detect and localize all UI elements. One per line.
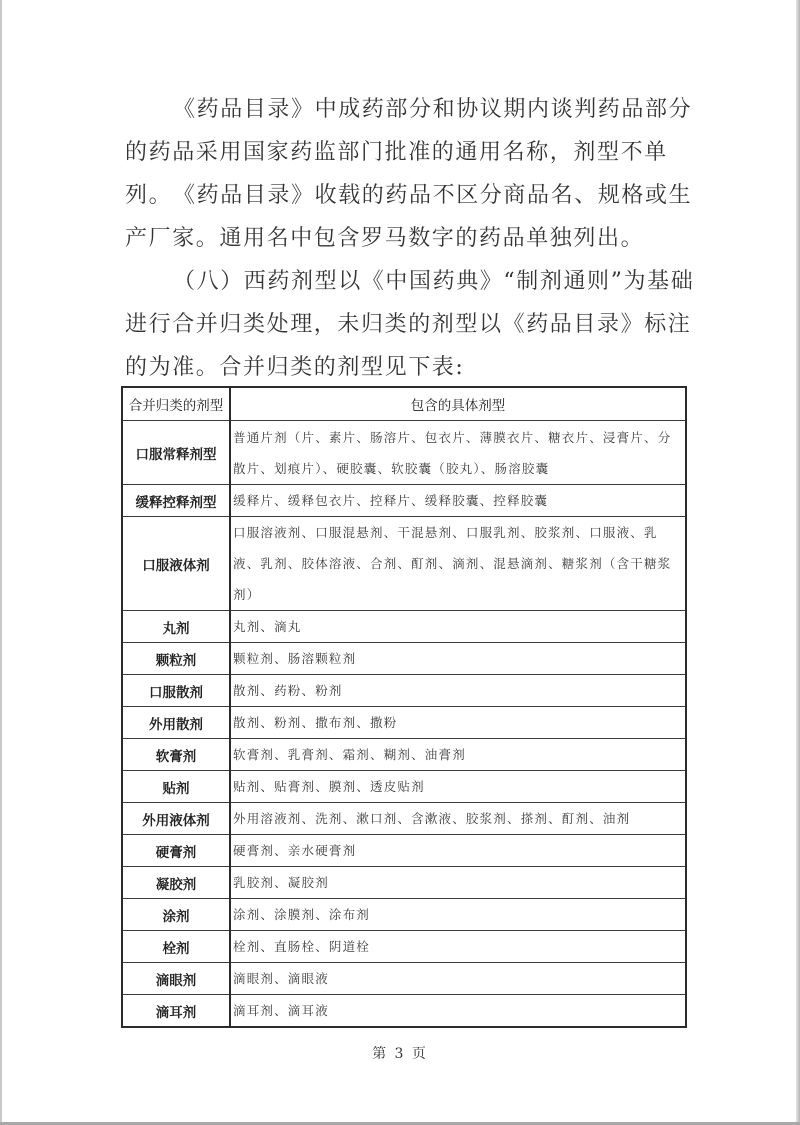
table-row: 滴眼剂 滴眼剂、滴眼液	[122, 963, 686, 995]
dosage-form-table: 合并归类的剂型 包含的具体剂型 口服常释剂型 普通片剂（片、素片、肠溶片、包衣片…	[121, 386, 687, 1028]
row-category: 栓剂	[122, 931, 230, 963]
row-category: 丸剂	[122, 611, 230, 643]
row-forms: 乳胶剂、凝胶剂	[230, 867, 686, 899]
table-row: 贴剂 贴剂、贴膏剂、膜剂、透皮贴剂	[122, 771, 686, 803]
row-category: 软膏剂	[122, 739, 230, 771]
table-row: 外用散剂 散剂、粉剂、撒布剂、撒粉	[122, 707, 686, 739]
page-edge-shadow-left	[0, 0, 2, 1125]
page-edge-shadow-right	[796, 0, 800, 1125]
table-row: 滴耳剂 滴耳剂、滴耳液	[122, 995, 686, 1028]
row-forms: 涂剂、涂膜剂、涂布剂	[230, 899, 686, 931]
row-category: 凝胶剂	[122, 867, 230, 899]
row-category: 口服液体剂	[122, 517, 230, 611]
table-row: 凝胶剂 乳胶剂、凝胶剂	[122, 867, 686, 899]
row-category: 滴耳剂	[122, 995, 230, 1028]
row-forms: 滴眼剂、滴眼液	[230, 963, 686, 995]
row-forms: 丸剂、滴丸	[230, 611, 686, 643]
paragraph-no-brand-distinction: 《药品目录》收载的药品不区分商品名、规格或生产厂家。通用名中包含罗马数字的药品单…	[125, 174, 695, 260]
row-category: 贴剂	[122, 771, 230, 803]
row-category: 缓释控释剂型	[122, 485, 230, 517]
table-row: 口服液体剂 口服溶液剂、口服混悬剂、干混悬剂、口服乳剂、胶浆剂、口服液、乳液、乳…	[122, 517, 686, 611]
row-category: 滴眼剂	[122, 963, 230, 995]
row-forms: 颗粒剂、肠溶颗粒剂	[230, 643, 686, 675]
row-forms: 栓剂、直肠栓、阴道栓	[230, 931, 686, 963]
table-row: 硬膏剂 硬膏剂、亲水硬膏剂	[122, 835, 686, 867]
table-row: 外用液体剂 外用溶液剂、洗剂、漱口剂、含漱液、胶浆剂、搽剂、酊剂、油剂	[122, 803, 686, 835]
table-row: 口服常释剂型 普通片剂（片、素片、肠溶片、包衣片、薄膜衣片、糖衣片、浸膏片、分散…	[122, 421, 686, 485]
paragraph-text: 《药品目录》收载的药品不区分商品名、规格或生产厂家。通用名中包含罗马数字的药品单…	[125, 183, 692, 251]
table-row: 缓释控释剂型 缓释片、缓释包衣片、控释片、缓释胶囊、控释胶囊	[122, 485, 686, 517]
row-forms: 硬膏剂、亲水硬膏剂	[230, 835, 686, 867]
table-row: 口服散剂 散剂、药粉、粉剂	[122, 675, 686, 707]
row-forms: 缓释片、缓释包衣片、控释片、缓释胶囊、控释胶囊	[230, 485, 686, 517]
table-row: 丸剂 丸剂、滴丸	[122, 611, 686, 643]
row-category: 涂剂	[122, 899, 230, 931]
row-category: 外用散剂	[122, 707, 230, 739]
header-merged-form: 合并归类的剂型	[122, 387, 230, 421]
header-specific-forms: 包含的具体剂型	[230, 387, 686, 421]
table-header-row: 合并归类的剂型 包含的具体剂型	[122, 387, 686, 421]
row-forms: 口服溶液剂、口服混悬剂、干混悬剂、口服乳剂、胶浆剂、口服液、乳液、乳剂、胶体溶液…	[230, 517, 686, 611]
row-category: 颗粒剂	[122, 643, 230, 675]
table-row: 涂剂 涂剂、涂膜剂、涂布剂	[122, 899, 686, 931]
row-category: 硬膏剂	[122, 835, 230, 867]
row-forms: 滴耳剂、滴耳液	[230, 995, 686, 1028]
table-row: 颗粒剂 颗粒剂、肠溶颗粒剂	[122, 643, 686, 675]
paragraph-dosage-form-merge: （八）西药剂型以《中国药典》“制剂通则”为基础进行合并归类处理，未归类的剂型以《…	[125, 260, 695, 389]
row-category: 口服常释剂型	[122, 421, 230, 485]
row-category: 口服散剂	[122, 675, 230, 707]
row-forms: 散剂、粉剂、撒布剂、撒粉	[230, 707, 686, 739]
row-forms: 贴剂、贴膏剂、膜剂、透皮贴剂	[230, 771, 686, 803]
paragraph-text: （八）西药剂型以《中国药典》“制剂通则”为基础进行合并归类处理，未归类的剂型以《…	[125, 269, 694, 380]
page-number: 第 3 页	[0, 1043, 800, 1063]
row-forms: 软膏剂、乳膏剂、霜剂、糊剂、油膏剂	[230, 739, 686, 771]
table-row: 软膏剂 软膏剂、乳膏剂、霜剂、糊剂、油膏剂	[122, 739, 686, 771]
row-category: 外用液体剂	[122, 803, 230, 835]
row-forms: 普通片剂（片、素片、肠溶片、包衣片、薄膜衣片、糖衣片、浸膏片、分散片、划痕片）、…	[230, 421, 686, 485]
table-row: 栓剂 栓剂、直肠栓、阴道栓	[122, 931, 686, 963]
row-forms: 外用溶液剂、洗剂、漱口剂、含漱液、胶浆剂、搽剂、酊剂、油剂	[230, 803, 686, 835]
row-forms: 散剂、药粉、粉剂	[230, 675, 686, 707]
